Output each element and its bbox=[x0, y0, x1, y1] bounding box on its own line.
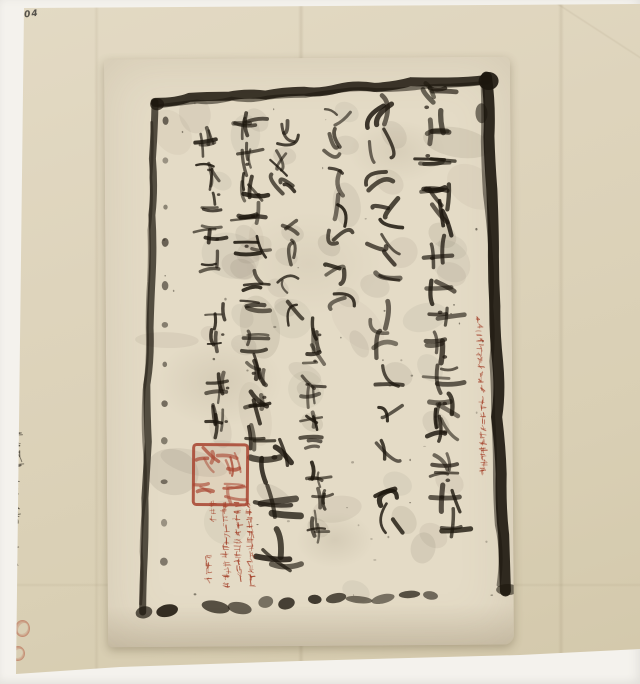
brush-stroke bbox=[13, 547, 18, 548]
ink-blob bbox=[224, 555, 225, 556]
brush-stroke bbox=[196, 458, 207, 460]
ink-blob bbox=[382, 359, 384, 361]
ink-blob bbox=[370, 592, 395, 606]
brush-stroke bbox=[208, 562, 209, 565]
brush-stroke bbox=[13, 433, 21, 434]
brush-stroke bbox=[208, 230, 210, 242]
brush-stroke bbox=[16, 498, 17, 502]
ink-blob bbox=[155, 602, 179, 619]
brush-stroke bbox=[234, 542, 238, 543]
brush-stroke bbox=[226, 525, 227, 531]
brush-stroke bbox=[250, 566, 251, 570]
ink-blob bbox=[351, 461, 354, 463]
brush-stroke bbox=[14, 538, 15, 542]
brush-stroke bbox=[234, 512, 238, 513]
brush-stroke bbox=[375, 384, 402, 386]
brush-stroke bbox=[14, 547, 15, 552]
brush-stroke bbox=[250, 579, 251, 585]
brush-stroke bbox=[481, 454, 485, 455]
brush-stroke bbox=[424, 256, 452, 258]
brush-stroke bbox=[12, 478, 16, 479]
brush-stroke bbox=[214, 314, 216, 329]
ink-blob bbox=[15, 523, 16, 524]
ink-blob bbox=[476, 411, 478, 413]
brush-stroke bbox=[211, 452, 213, 463]
ink-blob bbox=[249, 540, 250, 541]
ink-blob bbox=[161, 519, 167, 527]
brush-stroke bbox=[207, 381, 227, 383]
brush-stroke bbox=[252, 566, 253, 570]
rubbing-sheet bbox=[104, 57, 514, 648]
ink-blob bbox=[287, 520, 290, 522]
ink-blob bbox=[224, 298, 226, 301]
brush-stroke bbox=[431, 497, 460, 499]
ink-blob bbox=[256, 524, 258, 525]
brush-stroke bbox=[246, 513, 252, 514]
brush-stroke bbox=[243, 337, 268, 339]
brush-stroke bbox=[380, 219, 402, 228]
brush-stroke bbox=[318, 489, 320, 508]
ink-blob bbox=[162, 362, 167, 368]
brush-stroke bbox=[17, 519, 18, 523]
brush-stroke bbox=[11, 433, 20, 434]
collector-round-seal bbox=[15, 620, 30, 637]
ink-blob bbox=[264, 275, 293, 302]
brush-stroke bbox=[12, 444, 18, 445]
ink-blob bbox=[134, 605, 153, 620]
rubbing-ink-layer bbox=[104, 57, 514, 648]
brush-stroke bbox=[340, 270, 344, 284]
brush-stroke bbox=[194, 229, 216, 232]
brush-stroke bbox=[312, 462, 314, 478]
brush-stroke bbox=[479, 345, 483, 346]
ink-blob bbox=[173, 290, 175, 292]
brush-stroke bbox=[249, 548, 254, 549]
brush-stroke bbox=[14, 461, 15, 470]
brush-stroke bbox=[15, 498, 17, 501]
mount-paper: 404 bbox=[0, 0, 640, 684]
brush-stroke bbox=[424, 163, 450, 164]
scan-photo: 404 bbox=[0, 0, 640, 684]
brush-stroke bbox=[15, 507, 18, 512]
brush-stroke bbox=[369, 141, 374, 162]
ink-blob bbox=[16, 507, 17, 508]
ink-blob bbox=[162, 157, 168, 163]
brush-stroke bbox=[480, 442, 484, 443]
brush-stroke bbox=[12, 555, 16, 557]
brush-stroke bbox=[306, 446, 319, 448]
brush-stroke bbox=[248, 532, 252, 533]
ink-blob bbox=[160, 557, 168, 565]
brush-stroke bbox=[242, 350, 266, 352]
brush-stroke bbox=[208, 572, 212, 573]
brush-stroke bbox=[432, 464, 457, 466]
brush-stroke bbox=[481, 404, 482, 409]
brush-stroke bbox=[252, 544, 253, 547]
ink-blob bbox=[201, 598, 231, 615]
ink-blob bbox=[135, 331, 199, 348]
ink-blob bbox=[423, 446, 426, 447]
brush-stroke bbox=[215, 333, 217, 352]
brush-stroke bbox=[284, 121, 288, 133]
ink-blob bbox=[475, 228, 477, 231]
brush-stroke bbox=[300, 437, 321, 439]
brush-stroke bbox=[194, 484, 208, 485]
ink-blob bbox=[425, 154, 430, 158]
brush-stroke bbox=[202, 225, 221, 228]
brush-stroke bbox=[225, 484, 242, 485]
brush-stroke bbox=[15, 478, 16, 484]
brush-stroke bbox=[16, 511, 18, 515]
brush-stroke bbox=[238, 523, 239, 528]
brush-stroke bbox=[224, 569, 227, 570]
brush-stroke bbox=[479, 448, 485, 449]
brush-stroke bbox=[235, 242, 258, 243]
brush-stroke bbox=[15, 500, 16, 505]
brush-stroke bbox=[213, 193, 215, 204]
ink-blob bbox=[164, 275, 166, 276]
ink-blob bbox=[221, 333, 224, 336]
brush-stroke bbox=[15, 464, 23, 465]
ink-blob bbox=[308, 594, 322, 604]
brush-stroke bbox=[235, 555, 240, 556]
calligraphy-column-left-line-2 bbox=[198, 304, 226, 352]
brush-stroke bbox=[207, 579, 210, 583]
brush-stroke bbox=[128, 102, 169, 612]
brush-stroke bbox=[248, 562, 250, 565]
brush-stroke bbox=[374, 342, 396, 348]
brush-stroke bbox=[16, 500, 17, 504]
ink-blob bbox=[15, 561, 16, 562]
brush-stroke bbox=[15, 538, 16, 542]
brush-stroke bbox=[484, 420, 485, 424]
ink-blob bbox=[373, 559, 376, 560]
collector-round-seal bbox=[11, 646, 25, 661]
ink-blob bbox=[387, 536, 389, 539]
brush-stroke bbox=[385, 301, 390, 328]
ink-blob bbox=[409, 502, 411, 503]
paper-crease bbox=[558, 0, 564, 684]
brush-stroke bbox=[202, 264, 216, 265]
ink-blob bbox=[358, 524, 360, 526]
brush-stroke bbox=[481, 443, 487, 444]
ink-blob bbox=[18, 481, 19, 482]
ink-blob bbox=[424, 105, 429, 109]
brush-stroke bbox=[309, 440, 321, 442]
brush-stroke bbox=[244, 284, 269, 285]
ink-blob bbox=[162, 322, 169, 328]
brush-stroke bbox=[205, 314, 221, 315]
brush-stroke bbox=[223, 516, 224, 521]
brush-stroke bbox=[431, 158, 455, 162]
brush-stroke bbox=[372, 206, 388, 209]
brush-stroke bbox=[367, 243, 386, 250]
ink-blob bbox=[422, 590, 438, 601]
brush-stroke bbox=[12, 546, 18, 547]
brush-stroke bbox=[429, 120, 431, 144]
brush-stroke bbox=[16, 519, 17, 523]
brush-stroke bbox=[429, 314, 446, 315]
ink-blob bbox=[161, 437, 168, 444]
brush-stroke bbox=[14, 445, 20, 446]
brush-stroke bbox=[250, 519, 251, 522]
brush-stroke bbox=[11, 452, 20, 453]
brush-stroke bbox=[13, 508, 19, 509]
ink-blob bbox=[477, 353, 478, 354]
ink-blob bbox=[459, 323, 460, 325]
ink-blob bbox=[227, 600, 253, 616]
brush-stroke bbox=[325, 264, 340, 269]
ink-blob bbox=[251, 524, 252, 525]
red-side-annotation bbox=[475, 316, 488, 475]
ink-blob bbox=[400, 359, 402, 361]
brush-stroke bbox=[476, 331, 481, 332]
brush-stroke bbox=[222, 575, 228, 576]
brush-stroke bbox=[477, 348, 481, 349]
calligraphy-column-donor-name bbox=[250, 439, 302, 572]
brush-stroke bbox=[247, 546, 253, 547]
brush-stroke bbox=[315, 531, 329, 532]
brush-stroke bbox=[14, 494, 16, 497]
brush-stroke bbox=[11, 468, 18, 469]
brush-stroke bbox=[13, 444, 20, 445]
ink-blob bbox=[331, 98, 362, 126]
brush-stroke bbox=[234, 546, 240, 547]
brush-stroke bbox=[225, 576, 226, 579]
brush-stroke bbox=[15, 465, 21, 466]
ink-blob bbox=[399, 590, 421, 599]
brush-stroke bbox=[246, 305, 264, 307]
brush-stroke bbox=[278, 275, 299, 282]
red-square-seal bbox=[193, 444, 247, 504]
brush-stroke bbox=[12, 494, 18, 495]
brush-stroke bbox=[14, 538, 15, 543]
brush-stroke bbox=[237, 570, 239, 574]
left-margin-annotation bbox=[3, 420, 37, 590]
brush-stroke bbox=[14, 506, 19, 509]
ink-blob bbox=[273, 108, 274, 110]
ink-blob bbox=[340, 337, 341, 339]
brush-stroke bbox=[376, 442, 399, 461]
ink-blob bbox=[161, 400, 168, 407]
brush-stroke bbox=[380, 504, 387, 533]
brush-stroke bbox=[241, 569, 242, 574]
brush-stroke bbox=[480, 449, 481, 453]
ink-blob bbox=[15, 485, 16, 486]
brush-stroke bbox=[15, 484, 17, 487]
ink-blob bbox=[162, 281, 169, 290]
ink-blob bbox=[194, 593, 197, 595]
brush-stroke bbox=[12, 503, 16, 504]
brush-stroke bbox=[251, 525, 252, 531]
ink-blob bbox=[17, 442, 19, 443]
brush-stroke bbox=[481, 432, 482, 438]
ink-blob bbox=[490, 594, 493, 595]
brush-stroke bbox=[324, 150, 339, 157]
brush-stroke bbox=[225, 561, 226, 567]
brush-stroke bbox=[430, 281, 432, 304]
brush-stroke bbox=[13, 434, 22, 435]
brush-stroke bbox=[15, 514, 21, 515]
brush-stroke bbox=[421, 190, 442, 192]
brush-stroke bbox=[447, 184, 450, 209]
ink-blob bbox=[485, 541, 487, 543]
ink-blob bbox=[163, 205, 168, 210]
ink-blob bbox=[226, 387, 230, 390]
pencil-page-number: 404 bbox=[16, 9, 39, 22]
ink-blob bbox=[213, 358, 216, 360]
brush-stroke bbox=[482, 456, 483, 460]
brush-stroke bbox=[272, 512, 301, 516]
brush-stroke bbox=[277, 529, 282, 557]
brush-stroke bbox=[236, 253, 261, 255]
brush-stroke bbox=[216, 251, 217, 267]
ink-blob bbox=[409, 459, 410, 461]
brush-stroke bbox=[224, 509, 225, 514]
brush-stroke bbox=[482, 371, 483, 375]
ink-blob bbox=[384, 310, 386, 312]
brush-stroke bbox=[312, 386, 325, 387]
seal-border bbox=[193, 444, 247, 504]
brush-stroke bbox=[250, 552, 251, 558]
brush-stroke bbox=[254, 271, 261, 284]
brush-stroke bbox=[248, 539, 253, 540]
brush-stroke bbox=[223, 585, 227, 586]
ink-blob bbox=[16, 494, 17, 495]
brush-stroke bbox=[228, 567, 229, 573]
brush-stroke bbox=[251, 532, 253, 538]
brush-stroke bbox=[427, 344, 442, 346]
ink-blob bbox=[217, 193, 221, 196]
brush-stroke bbox=[479, 324, 482, 327]
ink-root bbox=[120, 72, 514, 621]
brush-stroke bbox=[250, 585, 255, 586]
brush-stroke bbox=[481, 385, 482, 390]
brush-stroke bbox=[262, 370, 264, 384]
brush-stroke bbox=[440, 341, 443, 363]
brush-stroke bbox=[202, 207, 218, 208]
brush-stroke bbox=[437, 382, 464, 384]
brush-stroke bbox=[225, 552, 226, 557]
ink-blob bbox=[246, 369, 248, 371]
ink-blob bbox=[365, 218, 367, 219]
ink-blob bbox=[453, 304, 455, 306]
brush-stroke bbox=[14, 561, 18, 566]
brush-stroke bbox=[223, 304, 225, 320]
brush-stroke bbox=[14, 489, 18, 490]
brush-stroke bbox=[243, 287, 260, 291]
brush-stroke bbox=[227, 583, 228, 587]
brush-stroke bbox=[15, 513, 18, 515]
ink-blob bbox=[246, 510, 247, 511]
brush-stroke bbox=[238, 559, 239, 565]
ink-blob bbox=[16, 546, 17, 547]
ink-blob bbox=[297, 267, 299, 268]
brush-stroke bbox=[198, 490, 214, 492]
ink-blob bbox=[322, 167, 323, 169]
ink-blob bbox=[481, 444, 482, 445]
brush-stroke bbox=[206, 557, 207, 562]
brush-stroke bbox=[442, 529, 471, 531]
ink-blob bbox=[257, 594, 274, 609]
ink-blob bbox=[370, 538, 373, 539]
ink-blob bbox=[162, 238, 169, 247]
paper-crease bbox=[94, 0, 99, 684]
brush-stroke bbox=[307, 352, 319, 354]
paper-crease bbox=[520, 0, 640, 84]
ink-blob bbox=[277, 596, 296, 612]
brush-stroke bbox=[441, 368, 457, 370]
brush-stroke bbox=[333, 230, 352, 240]
margin-note-glyphs bbox=[11, 429, 24, 566]
calligraphy-column-siddham-c bbox=[259, 120, 309, 326]
brush-stroke bbox=[251, 538, 252, 544]
ink-blob bbox=[224, 582, 225, 583]
ink-blob bbox=[325, 119, 326, 120]
brush-stroke bbox=[477, 335, 482, 336]
brush-stroke bbox=[223, 562, 229, 563]
brush-stroke bbox=[484, 460, 485, 464]
brush-stroke bbox=[17, 489, 18, 495]
brush-stroke bbox=[482, 470, 483, 474]
brush-stroke bbox=[234, 123, 250, 124]
brush-stroke bbox=[11, 444, 18, 445]
brush-stroke bbox=[481, 351, 482, 356]
brush-stroke bbox=[13, 485, 17, 489]
brush-stroke bbox=[481, 407, 486, 408]
brush-stroke bbox=[14, 552, 15, 556]
